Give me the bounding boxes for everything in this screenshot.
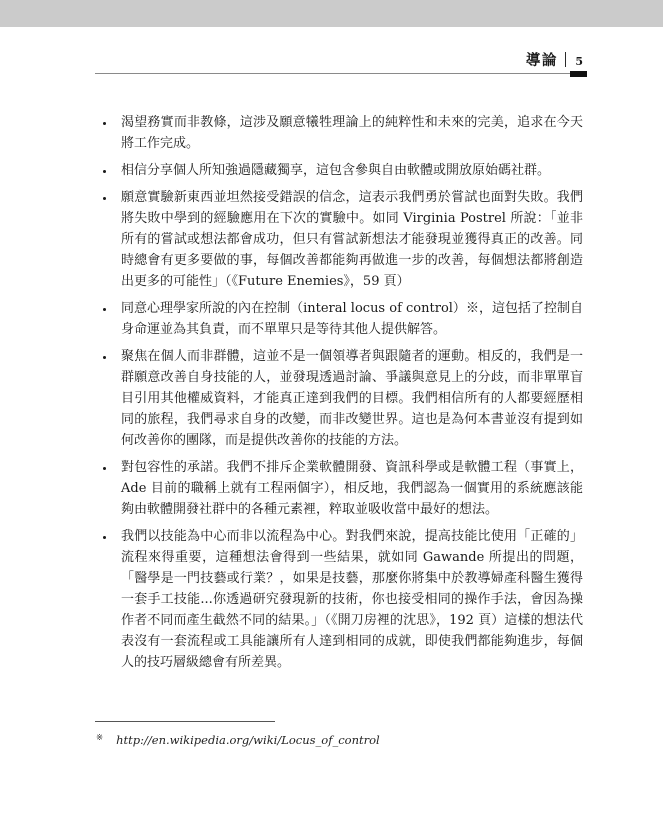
footnote-separator-rule xyxy=(95,721,275,722)
top-gray-band xyxy=(0,0,663,27)
header-corner-tab xyxy=(570,71,587,77)
bullet-list: 渴望務實而非教條，這涉及願意犧牲理論上的純粹性和未來的完美，追求在今天將工作完成… xyxy=(95,112,583,673)
footnote-url-text: http://en.wikipedia.org/wiki/Locus_of_co… xyxy=(116,733,380,747)
bullet-item: 我們以技能為中心而非以流程為中心。對我們來說，提高技能比使用「正確的」流程來得重… xyxy=(116,526,583,673)
page-number: 5 xyxy=(575,55,583,68)
footnote-marker: ※ xyxy=(96,733,103,743)
header-separator-bar xyxy=(565,52,567,67)
bullet-item: 同意心理學家所說的內在控制（interal locus of control）※… xyxy=(116,298,583,340)
body-content: 渴望務實而非教條，這涉及願意犧牲理論上的純粹性和未來的完美，追求在今天將工作完成… xyxy=(95,112,583,679)
page-header: 導論5 xyxy=(95,49,583,74)
chapter-title: 導論 xyxy=(526,52,558,69)
bullet-item: 對包容性的承諾。我們不排斥企業軟體開發、資訊科學或是軟體工程（事實上，Ade 目… xyxy=(116,457,583,520)
bullet-item: 願意實驗新東西並坦然接受錯誤的信念，這表示我們勇於嘗試也面對失敗。我們將失敗中學… xyxy=(116,187,583,292)
bullet-item: 渴望務實而非教條，這涉及願意犧牲理論上的純粹性和未來的完美，追求在今天將工作完成… xyxy=(116,112,583,154)
footnote: ※http://en.wikipedia.org/wiki/Locus_of_c… xyxy=(96,733,380,747)
bullet-item: 聚焦在個人而非群體，這並不是一個領導者與跟隨者的運動。相反的，我們是一群願意改善… xyxy=(116,346,583,451)
bullet-item: 相信分享個人所知強過隱藏獨享，這包含參與自由軟體或開放原始碼社群。 xyxy=(116,160,583,181)
